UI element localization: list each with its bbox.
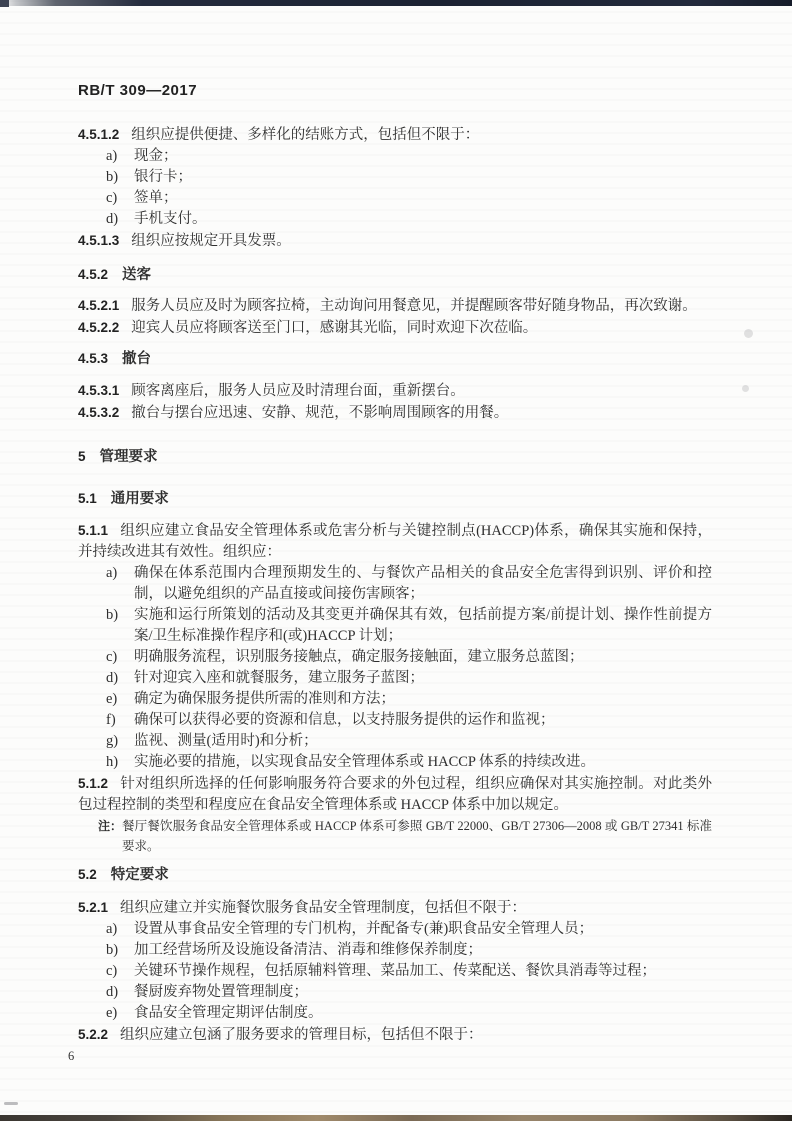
clause-text: 顾客离座后，服务人员应及时清理台面，重新摆台。 xyxy=(131,383,465,399)
list-item: g) 监视、测量(适用时)和分析； xyxy=(106,731,712,752)
section-heading-4-5-3: 4.5.3撤台 xyxy=(78,348,712,370)
list-item: c) 明确服务流程，识别服务接触点，确定服务接触面，建立服务总蓝图； xyxy=(106,647,712,668)
list-marker: c) xyxy=(106,188,134,209)
clause-text: 服务人员应及时为顾客拉椅，主动询问用餐意见，并提醒顾客带好随身物品，再次致谢。 xyxy=(131,298,697,314)
scan-artifact-mark xyxy=(4,1102,18,1105)
clause-5-2-1: 5.2.1组织应建立并实施餐饮服务食品安全管理制度，包括但不限于： xyxy=(78,897,712,919)
list-item-text: 确定为确保服务提供所需的准则和方法； xyxy=(134,689,712,710)
section-number: 4.5.2 xyxy=(78,267,108,282)
section-number: 5.2 xyxy=(78,867,97,882)
clause-4-5-3-1: 4.5.3.1顾客离座后，服务人员应及时清理台面，重新摆台。 xyxy=(78,380,712,402)
list-item: e) 食品安全管理定期评估制度。 xyxy=(106,1003,712,1024)
list-item-text: 签单； xyxy=(134,188,712,209)
list-item-text: 手机支付。 xyxy=(134,209,712,230)
list-marker: a) xyxy=(106,146,134,167)
list-item: a) 现金； xyxy=(106,146,712,167)
list-item-text: 实施和运行所策划的活动及其变更并确保其有效，包括前提方案/前提计划、操作性前提方… xyxy=(134,605,712,647)
clause-number: 5.2.1 xyxy=(78,900,108,915)
list-item: h) 实施必要的措施，以实现食品安全管理体系或 HACCP 体系的持续改进。 xyxy=(106,752,712,773)
list-item: f) 确保可以获得必要的资源和信息，以支持服务提供的运作和监视； xyxy=(106,710,712,731)
list-marker: b) xyxy=(106,940,134,961)
list-marker: d) xyxy=(106,982,134,1003)
clause-4-5-2-1: 4.5.2.1服务人员应及时为顾客拉椅，主动询问用餐意见，并提醒顾客带好随身物品… xyxy=(78,295,712,317)
section-number: 5 xyxy=(78,449,86,464)
document-content: RB/T 309—2017 4.5.1.2组织应提供便捷、多样化的结账方式，包括… xyxy=(78,82,712,1067)
note-text: 餐厅餐饮服务食品安全管理体系或 HACCP 体系可参照 GB/T 22000、G… xyxy=(122,816,712,856)
section-heading-4-5-2: 4.5.2送客 xyxy=(78,264,712,286)
clause-5-1-1: 5.1.1组织应建立食品安全管理体系或危害分析与关键控制点(HACCP)体系，确… xyxy=(78,520,712,563)
list-item: d) 餐厨废弃物处置管理制度； xyxy=(106,982,712,1003)
list-item: c) 签单； xyxy=(106,188,712,209)
clause-number: 4.5.3.2 xyxy=(78,405,119,420)
list-item-text: 加工经营场所及设施设备清洁、消毒和维修保养制度； xyxy=(134,940,712,961)
clause-4-5-3-2: 4.5.3.2撤台与摆台应迅速、安静、规范，不影响周围顾客的用餐。 xyxy=(78,402,712,424)
scan-artifact-bottom-band xyxy=(0,1115,792,1121)
section-title: 管理要求 xyxy=(100,449,158,465)
clause-number: 4.5.1.2 xyxy=(78,127,119,142)
section-heading-5: 5管理要求 xyxy=(78,446,712,468)
list-marker: b) xyxy=(106,167,134,188)
list-item: b) 加工经营场所及设施设备清洁、消毒和维修保养制度； xyxy=(106,940,712,961)
clause-number: 5.1.1 xyxy=(78,523,108,538)
standard-number-header: RB/T 309—2017 xyxy=(78,82,712,100)
note: 注： 餐厅餐饮服务食品安全管理体系或 HACCP 体系可参照 GB/T 2200… xyxy=(98,816,712,856)
clause-number: 5.1.2 xyxy=(78,776,108,791)
clause-number: 4.5.1.3 xyxy=(78,233,119,248)
list-item: d) 针对迎宾入座和就餐服务，建立服务子蓝图； xyxy=(106,668,712,689)
clause-text: 组织应建立并实施餐饮服务食品安全管理制度，包括但不限于： xyxy=(120,900,526,916)
section-title: 通用要求 xyxy=(111,491,169,507)
list-marker: f) xyxy=(106,710,134,731)
list-item-text: 银行卡； xyxy=(134,167,712,188)
clause-4-5-2-2: 4.5.2.2迎宾人员应将顾客送至门口，感谢其光临，同时欢迎下次莅临。 xyxy=(78,317,712,339)
list-marker: b) xyxy=(106,605,134,647)
list-marker: g) xyxy=(106,731,134,752)
list-item-text: 餐厨废弃物处置管理制度； xyxy=(134,982,712,1003)
clause-number: 4.5.2.1 xyxy=(78,298,119,313)
clause-4-5-1-3: 4.5.1.3组织应按规定开具发票。 xyxy=(78,230,712,252)
clause-text: 针对组织所选择的任何影响服务符合要求的外包过程，组织应确保对其实施控制。对此类外… xyxy=(78,776,712,813)
list-item: e) 确定为确保服务提供所需的准则和方法； xyxy=(106,689,712,710)
list-item: d) 手机支付。 xyxy=(106,209,712,230)
list-item: a) 确保在体系范围内合理预期发生的、与餐饮产品相关的食品安全危害得到识别、评价… xyxy=(106,563,712,605)
clause-5-1-2: 5.1.2针对组织所选择的任何影响服务符合要求的外包过程，组织应确保对其实施控制… xyxy=(78,773,712,816)
list-item-text: 明确服务流程，识别服务接触点，确定服务接触面，建立服务总蓝图； xyxy=(134,647,712,668)
list-marker: d) xyxy=(106,209,134,230)
clause-number: 4.5.3.1 xyxy=(78,383,119,398)
list-marker: h) xyxy=(106,752,134,773)
list-item: c) 关键环节操作规程，包括原辅料管理、菜品加工、传菜配送、餐饮具消毒等过程； xyxy=(106,961,712,982)
scan-artifact-top-band xyxy=(0,0,792,6)
list-item-text: 食品安全管理定期评估制度。 xyxy=(134,1003,712,1024)
clause-text: 组织应提供便捷、多样化的结账方式，包括但不限于： xyxy=(131,127,479,143)
list-item-text: 针对迎宾入座和就餐服务，建立服务子蓝图； xyxy=(134,668,712,689)
section-number: 5.1 xyxy=(78,491,97,506)
list-item-text: 确保可以获得必要的资源和信息，以支持服务提供的运作和监视； xyxy=(134,710,712,731)
list-marker: c) xyxy=(106,961,134,982)
list-item-text: 实施必要的措施，以实现食品安全管理体系或 HACCP 体系的持续改进。 xyxy=(134,752,712,773)
list-marker: a) xyxy=(106,563,134,605)
list-item-text: 设置从事食品安全管理的专门机构，并配备专(兼)职食品安全管理人员； xyxy=(134,919,712,940)
scan-smudge xyxy=(744,329,753,338)
scan-artifact-corner-mark xyxy=(0,0,9,7)
list-marker: e) xyxy=(106,689,134,710)
list-item: b) 银行卡； xyxy=(106,167,712,188)
scanned-document-page: RB/T 309—2017 4.5.1.2组织应提供便捷、多样化的结账方式，包括… xyxy=(0,0,792,1121)
section-heading-5-2: 5.2特定要求 xyxy=(78,864,712,886)
list-item: b) 实施和运行所策划的活动及其变更并确保其有效，包括前提方案/前提计划、操作性… xyxy=(106,605,712,647)
list-item: a) 设置从事食品安全管理的专门机构，并配备专(兼)职食品安全管理人员； xyxy=(106,919,712,940)
clause-text: 组织应按规定开具发票。 xyxy=(131,233,291,249)
section-heading-5-1: 5.1通用要求 xyxy=(78,488,712,510)
clause-text: 组织应建立食品安全管理体系或危害分析与关键控制点(HACCP)体系，确保其实施和… xyxy=(78,523,712,560)
list-item-text: 监视、测量(适用时)和分析； xyxy=(134,731,712,752)
clause-text: 组织应建立包涵了服务要求的管理目标，包括但不限于： xyxy=(120,1027,483,1043)
list-marker: a) xyxy=(106,919,134,940)
list-marker: c) xyxy=(106,647,134,668)
note-label: 注： xyxy=(98,816,122,856)
section-title: 撤台 xyxy=(122,351,151,367)
clause-number: 5.2.2 xyxy=(78,1027,108,1042)
clause-5-2-2: 5.2.2组织应建立包涵了服务要求的管理目标，包括但不限于： xyxy=(78,1024,712,1046)
list-item-text: 确保在体系范围内合理预期发生的、与餐饮产品相关的食品安全危害得到识别、评价和控制… xyxy=(134,563,712,605)
list-item-text: 现金； xyxy=(134,146,712,167)
list-marker: d) xyxy=(106,668,134,689)
clause-number: 4.5.2.2 xyxy=(78,320,119,335)
scan-smudge xyxy=(742,385,749,392)
clause-text: 迎宾人员应将顾客送至门口，感谢其光临，同时欢迎下次莅临。 xyxy=(131,320,537,336)
clause-4-5-1-2: 4.5.1.2组织应提供便捷、多样化的结账方式，包括但不限于： xyxy=(78,124,712,146)
section-number: 4.5.3 xyxy=(78,351,108,366)
section-title: 送客 xyxy=(122,267,151,283)
list-marker: e) xyxy=(106,1003,134,1024)
list-item-text: 关键环节操作规程，包括原辅料管理、菜品加工、传菜配送、餐饮具消毒等过程； xyxy=(134,961,712,982)
clause-text: 撤台与摆台应迅速、安静、规范，不影响周围顾客的用餐。 xyxy=(131,405,508,421)
page-number: 6 xyxy=(68,1046,712,1067)
section-title: 特定要求 xyxy=(111,867,169,883)
